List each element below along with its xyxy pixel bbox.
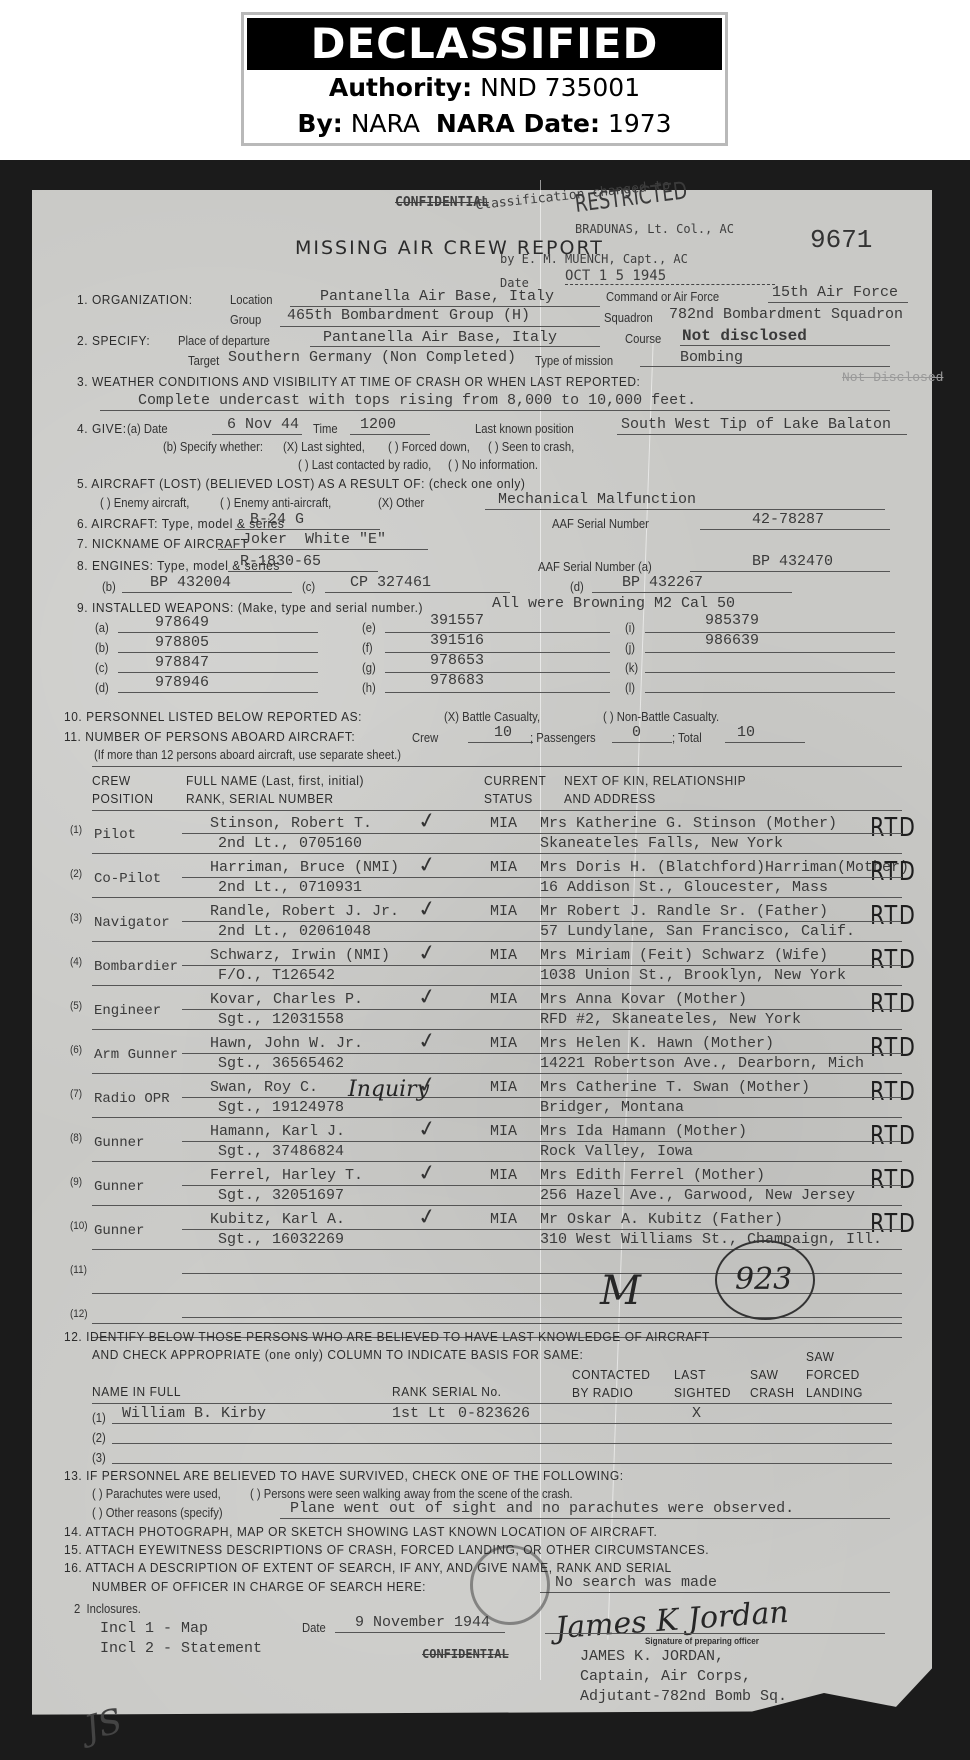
by-value: NARA (351, 109, 420, 138)
crew-rank-serial: Sgt., 32051697 (218, 1187, 344, 1204)
option-enemy-anti-aircraft[interactable]: ( ) Enemy anti-aircraft, (220, 496, 331, 510)
weapon-serial: 978649 (155, 614, 209, 631)
departure-label: Place of departure (178, 334, 270, 348)
option-other-reasons[interactable]: ( ) Other reasons (specify) (92, 1506, 223, 1520)
total-label: ; Total (672, 731, 702, 745)
crew-position: Navigator (94, 915, 170, 931)
option-parachutes-used[interactable]: ( ) Parachutes were used, (92, 1487, 221, 1501)
time-label: Time (313, 422, 338, 436)
section-9-label: 9. INSTALLED WEAPONS: (Make, type and se… (77, 600, 423, 615)
section-1-label: 1. ORGANIZATION: (77, 292, 193, 307)
header-last-sighted: LASTSIGHTED (674, 1366, 731, 1402)
last-position-label: Last known position (475, 422, 574, 436)
crew-name: Schwarz, Irwin (NMI) (210, 947, 390, 964)
course-label: Course (625, 332, 661, 346)
signature-label: Signature of preparing officer (645, 1636, 759, 1646)
stamp-date: OCT 1 5 1945 (565, 268, 775, 285)
weapon-serial: 391557 (430, 612, 484, 629)
witness-row-number: (2) (92, 1431, 106, 1445)
weapons-note: All were Browning M2 Cal 50 (492, 595, 735, 612)
group-label: Group (230, 313, 261, 327)
officer-rank: Captain, Air Corps, (580, 1668, 751, 1685)
mission-type-value: Bombing (680, 349, 743, 366)
departure-value: Pantanella Air Base, Italy (323, 329, 557, 346)
weapon-serial: 985379 (705, 612, 759, 629)
crew-rank-serial: Sgt., 19124978 (218, 1099, 344, 1116)
crew-row-number: (4) (70, 956, 82, 968)
crew-status: MIA (490, 1167, 517, 1184)
crew-status: MIA (490, 815, 517, 832)
rtd-annotation: RTD (870, 1209, 916, 1239)
next-of-kin: Mrs Edith Ferrel (Mother) (540, 1167, 765, 1184)
option-battle-casualty[interactable]: (X) Battle Casualty, (444, 710, 540, 724)
crew-row-number: (3) (70, 912, 82, 924)
section-11-label: 11. NUMBER OF PERSONS ABOARD AIRCRAFT: (64, 729, 355, 744)
crew-position: Gunner (94, 1179, 144, 1195)
witness-name: William B. Kirby (122, 1405, 266, 1422)
crew-rank-serial: Sgt., 36565462 (218, 1055, 344, 1072)
option-seen-to-crash[interactable]: ( ) Seen to crash, (488, 440, 574, 454)
target-value: Southern Germany (Non Completed) (228, 349, 516, 366)
total-count: 10 (737, 724, 755, 741)
next-of-kin-address: Skaneateles Falls, New York (540, 835, 783, 852)
crew-label: Crew (412, 731, 438, 745)
next-of-kin: Mr Oskar A. Kubitz (Father) (540, 1211, 783, 1228)
weapon-key: (c) (95, 661, 108, 675)
section-10-label: 10. PERSONNEL LISTED BELOW REPORTED AS: (64, 709, 362, 724)
rtd-annotation: RTD (870, 1077, 916, 1107)
by-line: By: NARA NARA Date: 1973 (244, 106, 725, 142)
other-reasons-value: Plane went out of sight and no parachute… (290, 1500, 794, 1517)
declassified-banner: DECLASSIFIED (247, 18, 722, 70)
header-serial: SERIAL No. (432, 1384, 502, 1399)
crew-rank-serial: Sgt., 12031558 (218, 1011, 344, 1028)
next-of-kin: Mrs Miriam (Feit) Schwarz (Wife) (540, 947, 828, 964)
crossed-classification-footer: CONFIDENTIAL (422, 1647, 509, 1661)
weapon-key: (k) (625, 661, 638, 675)
crew-row-number: (9) (70, 1176, 82, 1188)
next-of-kin: Mrs Ida Hamann (Mother) (540, 1123, 747, 1140)
section-15-label: 15. ATTACH EYEWITNESS DESCRIPTIONS OF CR… (64, 1542, 709, 1557)
option-forced-down[interactable]: ( ) Forced down, (388, 440, 470, 454)
rtd-annotation: RTD (870, 857, 916, 887)
rtd-annotation: RTD (870, 901, 916, 931)
crew-row-number: (6) (70, 1044, 82, 1056)
crew-name: Randle, Robert J. Jr. (210, 903, 399, 920)
weapon-serial: 978946 (155, 674, 209, 691)
rtd-annotation: RTD (870, 1165, 916, 1195)
inclosure-1: Incl 1 - Map (100, 1620, 208, 1637)
option-last-sighted[interactable]: (X) Last sighted, (283, 440, 365, 454)
location-label: Location (230, 293, 273, 307)
next-of-kin-address: 14221 Robertson Ave., Dearborn, Mich (540, 1055, 864, 1072)
weapon-key: (i) (625, 621, 635, 635)
crew-rank-serial: Sgt., 37486824 (218, 1143, 344, 1160)
next-of-kin: Mr Robert J. Randle Sr. (Father) (540, 903, 828, 920)
witness-last-sighted-mark: X (692, 1405, 701, 1422)
crew-position: Bombardier (94, 959, 178, 975)
margin-annotation: M (600, 1268, 641, 1314)
engine-d-label: (d) (570, 580, 584, 594)
witness-serial: 0-823626 (458, 1405, 530, 1422)
report-date-label: Date (302, 1621, 326, 1635)
crew-rank-serial: F/O., T126542 (218, 967, 335, 984)
section-12-label-line1: 12. IDENTIFY BELOW THOSE PERSONS WHO ARE… (64, 1329, 710, 1344)
engine-type-value: R-1830-65 (240, 553, 321, 570)
crew-status: MIA (490, 903, 517, 920)
stamp-by: by E. M. MUENCH, Capt., AC (340, 252, 688, 266)
crew-rank-serial: Sgt., 16032269 (218, 1231, 344, 1248)
engine-b-label: (b) (102, 580, 116, 594)
last-position-value: South West Tip of Lake Balaton (621, 416, 891, 433)
crew-rank-serial: 2nd Lt., 0705160 (218, 835, 362, 852)
engine-c-label: (c) (302, 580, 315, 594)
officer-name: JAMES K. JORDAN, (580, 1648, 724, 1665)
section-13-label: 13. IF PERSONNEL ARE BELIEVED TO HAVE SU… (64, 1468, 624, 1483)
option-enemy-aircraft[interactable]: ( ) Enemy aircraft, (100, 496, 189, 510)
crew-name: Hawn, John W. Jr. (210, 1035, 363, 1052)
crew-rank-serial: 2nd Lt., 0710931 (218, 879, 362, 896)
crew-row-number: (12) (70, 1308, 88, 1320)
section-3-label: 3. WEATHER CONDITIONS AND VISIBILITY AT … (77, 374, 640, 389)
aircraft-type-value: B-24 G (250, 511, 304, 528)
passengers-count: 0 (632, 724, 641, 741)
weapon-serial: 978683 (430, 672, 484, 689)
crew-row-number: (5) (70, 1000, 82, 1012)
nara-date-value: 1973 (608, 109, 672, 138)
persons-note: (If more than 12 persons aboard aircraft… (94, 748, 401, 762)
round-seal-stamp (470, 1545, 550, 1625)
crew-name: Kubitz, Karl A. (210, 1211, 345, 1228)
crew-name: Kovar, Charles P. (210, 991, 363, 1008)
weapon-serial: 978653 (430, 652, 484, 669)
target-label: Target (188, 354, 219, 368)
header-saw-forced-landing: SAWFORCEDLANDING (806, 1348, 863, 1402)
weapon-key: (l) (625, 681, 635, 695)
crew-status: MIA (490, 1035, 517, 1052)
crew-status: MIA (490, 947, 517, 964)
authority-label: Authority: (329, 73, 472, 102)
header-name-in-full: NAME IN FULL (92, 1384, 181, 1399)
weapon-key: (d) (95, 681, 109, 695)
option-no-information[interactable]: ( ) No information. (448, 458, 538, 472)
rtd-annotation: RTD (870, 945, 916, 975)
crew-row-number: (10) (70, 1220, 88, 1232)
command-label: Command or Air Force (606, 290, 719, 304)
crew-status: MIA (490, 991, 517, 1008)
rtd-annotation: RTD (870, 1121, 916, 1151)
crew-position: Pilot (94, 827, 136, 843)
weapon-serial: 978805 (155, 634, 209, 651)
aircraft-nickname-value: Joker White "E" (242, 531, 386, 548)
weapon-serial: 391516 (430, 632, 484, 649)
course-value: Not disclosed (682, 327, 807, 345)
inquiry-annotation: Inquiry (348, 1077, 429, 1102)
crew-status: MIA (490, 859, 517, 876)
weapon-key: (b) (95, 641, 109, 655)
squadron-label: Squadron (604, 311, 653, 325)
crew-status: MIA (490, 1079, 517, 1096)
aircraft-serial-label: AAF Serial Number (552, 517, 649, 531)
rtd-annotation: RTD (870, 1033, 916, 1063)
aircraft-serial-value: 42-78287 (752, 511, 824, 528)
section-16-label-line2: NUMBER OF OFFICER IN CHARGE OF SEARCH HE… (92, 1579, 426, 1594)
weapon-key: (f) (362, 641, 373, 655)
engine-serial-a: BP 432470 (752, 553, 833, 570)
header-saw-crash: SAWCRASH (750, 1366, 795, 1402)
specify-whether-label: (b) Specify whether: (163, 440, 263, 454)
witness-row-number: (3) (92, 1451, 106, 1465)
loss-cause-value: Mechanical Malfunction (498, 491, 696, 508)
squadron-value: 782nd Bombardment Squadron (669, 306, 903, 323)
next-of-kin: Mrs Anna Kovar (Mother) (540, 991, 747, 1008)
crew-count: 10 (494, 724, 512, 741)
next-of-kin-address: RFD #2, Skaneateles, New York (540, 1011, 801, 1028)
command-value: 15th Air Force (772, 284, 898, 301)
option-seen-walking-away[interactable]: ( ) Persons were seen walking away from … (250, 1487, 573, 1501)
weapon-key: (a) (95, 621, 109, 635)
section-14-label: 14. ATTACH PHOTOGRAPH, MAP OR SKETCH SHO… (64, 1524, 657, 1539)
next-of-kin-address: 310 West Williams St., Champaign, Ill. (540, 1231, 882, 1248)
crew-status: MIA (490, 1123, 517, 1140)
next-of-kin-address: 1038 Union St., Brooklyn, New York (540, 967, 846, 984)
weather-struck-text: Not Disclosed (842, 370, 943, 385)
header-next-of-kin: NEXT OF KIN, RELATIONSHIPAND ADDRESS (564, 772, 746, 808)
crew-position: Gunner (94, 1223, 144, 1239)
crew-position: Radio OPR (94, 1091, 170, 1107)
passengers-label: ; Passengers (530, 731, 596, 745)
weapon-key: (h) (362, 681, 376, 695)
next-of-kin-address: 256 Hazel Ave., Garwood, New Jersey (540, 1187, 855, 1204)
crew-name: Ferrel, Harley T. (210, 1167, 363, 1184)
next-of-kin: Mrs Helen K. Hawn (Mother) (540, 1035, 774, 1052)
section-5-label: 5. AIRCRAFT (LOST) (BELIEVED LOST) AS A … (77, 476, 525, 491)
report-date-value: 9 November 1944 (355, 1614, 490, 1631)
mission-type-label: Type of mission (535, 354, 613, 368)
crew-position: Arm Gunner (94, 1047, 178, 1063)
section-4-label: 4. GIVE: (77, 421, 127, 436)
option-other[interactable]: (X) Other (378, 496, 424, 510)
inclosure-2: Incl 2 - Statement (100, 1640, 262, 1657)
rtd-annotation: RTD (870, 989, 916, 1019)
crew-row-number: (11) (70, 1264, 87, 1276)
crew-position: Engineer (94, 1003, 161, 1019)
header-full-name: FULL NAME (Last, first, initial)RANK, SE… (186, 772, 364, 808)
crew-rank-serial: 2nd Lt., 02061048 (218, 923, 371, 940)
authority-line: Authority: NND 735001 (244, 70, 725, 106)
location-value: Pantanella Air Base, Italy (320, 288, 554, 305)
crew-position: Gunner (94, 1135, 144, 1151)
authority-value: NND 735001 (480, 73, 640, 102)
weapon-serial: 978847 (155, 654, 209, 671)
crew-name: Swan, Roy C. (210, 1079, 318, 1096)
engine-serial-b: BP 432004 (150, 574, 231, 591)
engine-serial-c: CP 327461 (350, 574, 431, 591)
crew-row-number: (7) (70, 1088, 82, 1100)
nara-date-label: NARA Date: (436, 109, 600, 138)
option-non-battle-casualty[interactable]: ( ) Non-Battle Casualty. (603, 710, 719, 724)
header-current-status: CURRENTSTATUS (484, 772, 546, 808)
loss-time-value: 1200 (360, 416, 396, 433)
loss-date-value: 6 Nov 44 (227, 416, 299, 433)
report-number: 9671 (810, 225, 872, 255)
declassification-box: DECLASSIFIED Authority: NND 735001 By: N… (241, 12, 728, 146)
search-value: No search was made (555, 1574, 717, 1591)
crew-name: Hamann, Karl J. (210, 1123, 345, 1140)
next-of-kin-address: 16 Addison St., Gloucester, Mass (540, 879, 828, 896)
weapon-key: (g) (362, 661, 376, 675)
inclosures-line: 2 Inclosures. (74, 1602, 141, 1616)
circled-number: 923 (735, 1262, 792, 1297)
crew-row-number: (1) (70, 824, 82, 836)
weather-value: Complete undercast with tops rising from… (138, 392, 696, 409)
weapon-key: (j) (625, 641, 635, 655)
crew-row-number: (2) (70, 868, 82, 880)
group-value: 465th Bombardment Group (H) (287, 307, 530, 324)
engine-serial-d: BP 432267 (622, 574, 703, 591)
section-12-label-line2: AND CHECK APPROPRIATE (one only) COLUMN … (92, 1347, 583, 1362)
witness-rank: 1st Lt (392, 1405, 446, 1422)
header-rank: RANK (392, 1384, 427, 1399)
by-label: By: (297, 109, 342, 138)
next-of-kin-address: Rock Valley, Iowa (540, 1143, 693, 1160)
weapon-key: (e) (362, 621, 376, 635)
section-2-label: 2. SPECIFY: (77, 333, 150, 348)
witness-row-number: (1) (92, 1411, 106, 1425)
engine-serial-label: AAF Serial Number (a) (538, 560, 652, 574)
stamp-authority: BRADUNAS, Lt. Col., AC (575, 222, 734, 236)
crew-name: Stinson, Robert T. (210, 815, 372, 832)
rtd-annotation: RTD (870, 813, 916, 843)
next-of-kin: Mrs Doris H. (Blatchford)Harriman(Mother… (540, 859, 909, 876)
header-contacted-by-radio: CONTACTEDBY RADIO (572, 1366, 651, 1402)
option-last-contacted-radio[interactable]: ( ) Last contacted by radio, (298, 458, 431, 472)
next-of-kin: Mrs Katherine G. Stinson (Mother) (540, 815, 837, 832)
crew-row-number: (8) (70, 1132, 82, 1144)
crew-name: Harriman, Bruce (NMI) (210, 859, 399, 876)
next-of-kin-address: 57 Lundylane, San Francisco, Calif. (540, 923, 855, 940)
officer-title: Adjutant-782nd Bomb Sq. (580, 1688, 787, 1705)
header-crew-position: CREWPOSITION (92, 772, 154, 808)
section-16-label-line1: 16. ATTACH A DESCRIPTION OF EXTENT OF SE… (64, 1560, 672, 1575)
weapon-serial: 986639 (705, 632, 759, 649)
next-of-kin-address: Bridger, Montana (540, 1099, 684, 1116)
crew-status: MIA (490, 1211, 517, 1228)
crew-position: Co-Pilot (94, 871, 161, 887)
next-of-kin: Mrs Catherine T. Swan (Mother) (540, 1079, 810, 1096)
date-label: (a) Date (127, 422, 168, 436)
